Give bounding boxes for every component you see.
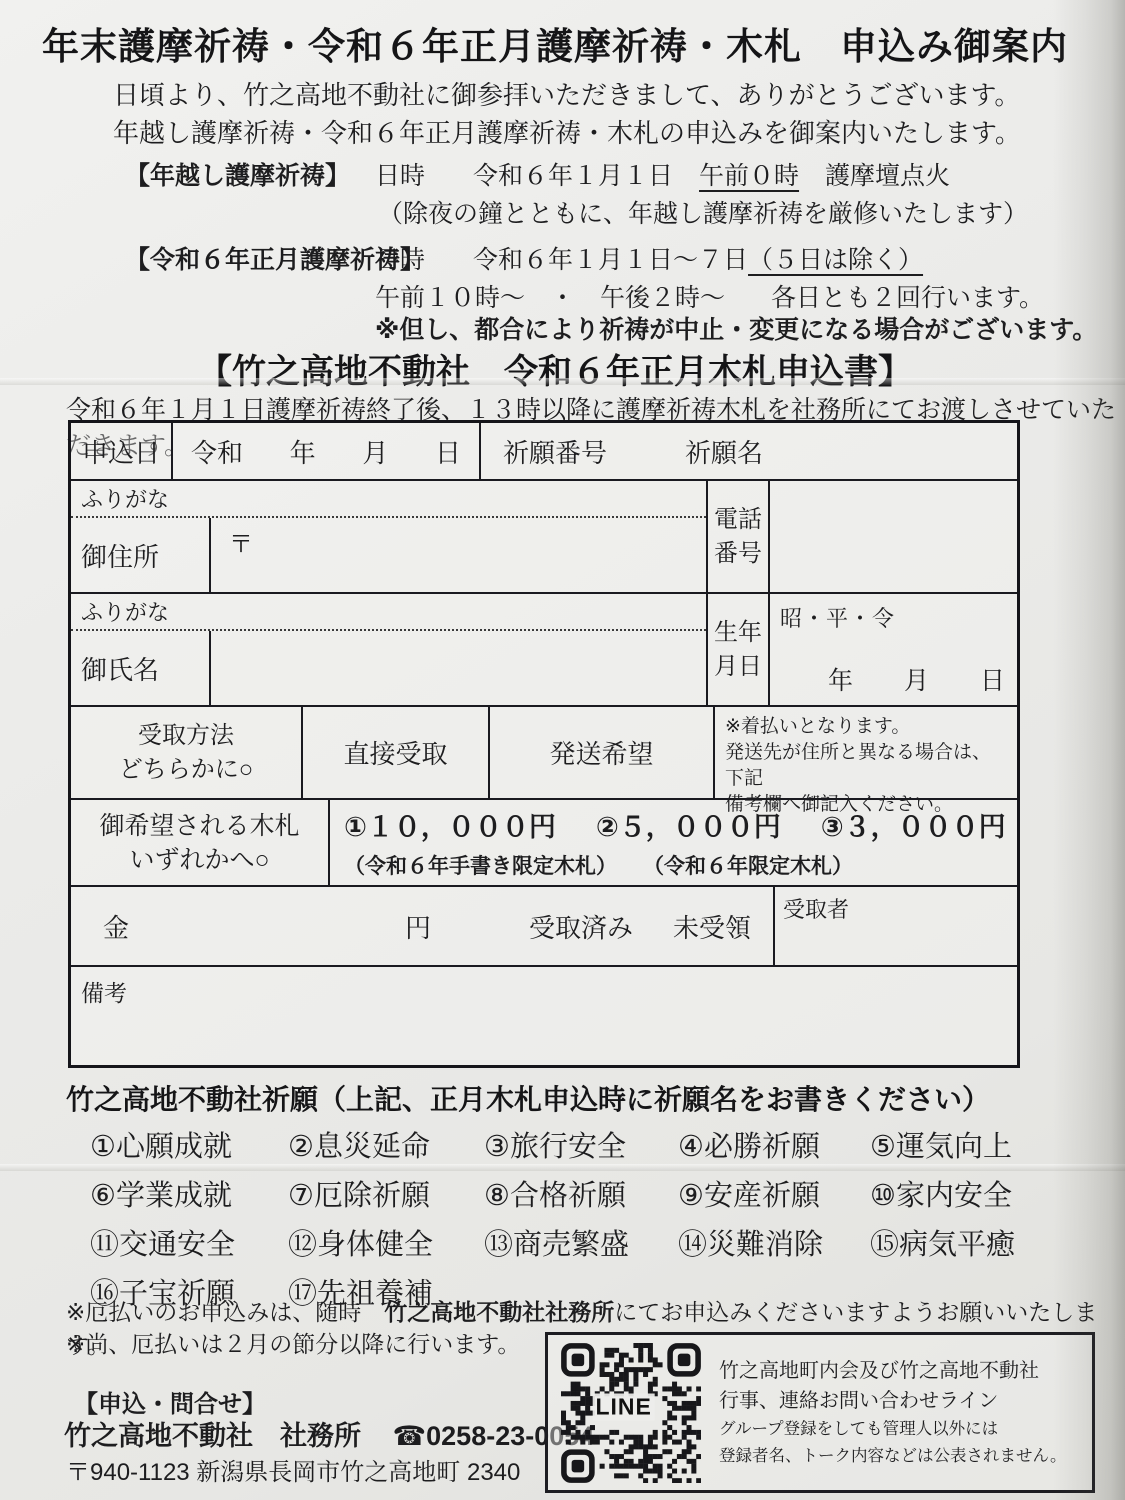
toshikoshi-datetime: 日時令和６年１月１日午前０時護摩壇点火 xyxy=(375,156,950,192)
postal-mark: 〒 xyxy=(211,518,706,592)
table-row-receive-method: 受取方法 どちらかに○ 直接受取 発送希望 ※着払いとなります。 発送先が住所と… xyxy=(71,705,1017,798)
line-box-text: 竹之高地町内会及び竹之高地不動社 行事、連絡お問い合わせライン グループ登録をし… xyxy=(719,1356,1067,1470)
line-text-2: 行事、連絡お問い合わせライン xyxy=(719,1386,1067,1416)
prayer-item: ⑭災難消除 xyxy=(678,1222,870,1271)
table-row-remarks: 備考 xyxy=(71,965,1017,1065)
prayer-item: ⑥学業成就 xyxy=(90,1173,288,1222)
receive-method-line1: 受取方法 xyxy=(138,719,234,753)
option-shipping: 発送希望 xyxy=(490,707,715,798)
table-row-tablet-choice: 御希望される木札 いずれかへ○ ①１０，０００円 ②５，０００円 ③３，０００円… xyxy=(71,798,1017,885)
apply-date-fields: 令和 年 月 日 xyxy=(173,423,481,479)
intro-paragraph: 日頃より、竹之高地不動社に御参拝いただきまして、ありがとうございます。 年越し護… xyxy=(113,76,1021,152)
prayer-item: ⑩家内安全 xyxy=(870,1173,1070,1222)
birthdate-label-line2: 月日 xyxy=(714,650,762,684)
payment-fields: 金 円 受取済み 未受領 xyxy=(71,887,775,965)
prayer-item: ⑫身体健全 xyxy=(288,1222,484,1271)
note1-prefix: ※厄払いのお申込みは、随時 xyxy=(66,1299,384,1325)
option-direct-pickup: 直接受取 xyxy=(303,707,490,798)
prayer-item: ⑤運気向上 xyxy=(870,1124,1070,1173)
prayer-item: ⑦厄除祈願 xyxy=(288,1173,484,1222)
line-qr-code: LINE xyxy=(561,1343,701,1483)
shipping-note: ※着払いとなります。 発送先が住所と異なる場合は、下記 備考欄へ御記入ください。 xyxy=(715,707,1017,798)
shogatsu-datetime: 日時令和６年１月１日～７日（５日は除く） xyxy=(375,240,923,276)
prayer-item: ①心願成就 xyxy=(90,1124,288,1173)
contact-name-phone: 竹之高地不動社 社務所 ☎0258-23-0054 xyxy=(64,1414,594,1453)
shogatsu-times-value: 午前１０時～ ・ 午後２時～ xyxy=(375,284,725,312)
name-block: ふりがな 御氏名 xyxy=(71,594,708,705)
receive-method-line2: どちらかに○ xyxy=(119,753,254,787)
prayer-fields: 祈願番号 祈願名 xyxy=(481,423,1017,479)
intro-line-1: 日頃より、竹之高地不動社に御参拝いただきまして、ありがとうございます。 xyxy=(113,76,1021,114)
document-title: 年末護摩祈祷・令和６年正月護摩祈祷・木札 申込み御案内 xyxy=(0,16,1110,70)
name-label: 御氏名 xyxy=(71,631,211,705)
tablet-choice-label: 御希望される木札 いずれかへ○ xyxy=(71,800,330,885)
day-label: 日 xyxy=(435,433,461,470)
price-option-3: ③３，０００円 xyxy=(821,805,1006,844)
phone-input-area xyxy=(770,481,1017,592)
address-block: ふりがな 御住所 〒 xyxy=(71,481,708,592)
prayer-number-label: 祈願番号 xyxy=(503,433,607,470)
table-row-name: ふりがな 御氏名 生年 月日 昭・平・令 年 月 日 xyxy=(71,592,1017,705)
yakubarai-note-2: ※尚、厄払いは２月の節分以降に行います。 xyxy=(66,1326,520,1359)
prayers-list: ①心願成就 ②息災延命 ③旅行安全 ④必勝祈願 ⑤運気向上 ⑥学業成就 ⑦厄除祈… xyxy=(90,1124,1070,1320)
line-text-3: グループ登録をしても管理人以外には xyxy=(719,1416,1067,1443)
prayer-item: ⑪交通安全 xyxy=(90,1222,288,1271)
shogatsu-caution: ※但し、都合により祈祷が中止・変更になる場合がございます。 xyxy=(375,310,1097,346)
shogatsu-date: 令和６年１月１日～７日 xyxy=(473,246,748,274)
address-furigana-label: ふりがな xyxy=(71,481,706,518)
tablet-price-options: ①１０，０００円 ②５，０００円 ③３，０００円 （令和６年手書き限定木札） （… xyxy=(330,800,1017,885)
qr-line-label: LINE xyxy=(592,1393,654,1420)
birth-era-options: 昭・平・令 xyxy=(780,602,895,633)
line-text-4: 登録者名、トーク内容などは公表されません。 xyxy=(719,1443,1067,1470)
phone-label: 電話 番号 xyxy=(708,481,770,592)
form-title: 【竹之高地不動社 令和６年正月木札申込書】 xyxy=(0,344,1110,393)
price-option-2-note: （令和６年限定木札） xyxy=(643,850,853,880)
price-option-1: ①１０，０００円 xyxy=(344,805,556,844)
receiver-label: 受取者 xyxy=(775,887,1017,965)
shipping-note-line1: ※着払いとなります。 xyxy=(725,714,1009,740)
month-label: 月 xyxy=(362,433,388,470)
toshikoshi-heading: 【年越し護摩祈祷】 xyxy=(125,156,350,192)
shipping-note-line2: 発送先が住所と異なる場合は、下記 xyxy=(725,740,1009,792)
toshikoshi-note: （除夜の鐘とともに、年越し護摩祈祷を厳修いたします） xyxy=(378,194,1028,230)
year-label: 年 xyxy=(290,433,316,470)
datetime-label: 日時 xyxy=(375,162,425,190)
table-row-address: ふりがな 御住所 〒 電話 番号 xyxy=(71,479,1017,592)
intro-line-2: 年越し護摩祈祷・令和６年正月護摩祈祷・木札の申込みを御案内いたします。 xyxy=(113,114,1021,152)
not-received-label: 未受領 xyxy=(673,908,751,945)
prayer-item: ⑮病気平癒 xyxy=(870,1222,1070,1271)
birth-year-label: 年 xyxy=(828,661,853,697)
contact-address: 〒940-1123 新潟県長岡市竹之高地町 2340 xyxy=(66,1452,520,1487)
contact-office-name: 竹之高地不動社 社務所 xyxy=(64,1421,361,1451)
shogatsu-times: 午前１０時～ ・ 午後２時～各日とも２回行います。 xyxy=(375,278,1044,314)
table-row-payment: 金 円 受取済み 未受領 受取者 xyxy=(71,885,1017,965)
era-label: 令和 xyxy=(191,433,243,470)
tablet-choice-line1: 御希望される木札 xyxy=(99,809,299,843)
shogatsu-date-exception: （５日は除く） xyxy=(748,246,923,274)
prayers-heading: 竹之高地不動社祈願（上記、正月木札申込時に祈願名をお書きください） xyxy=(66,1078,990,1118)
birth-month-label: 月 xyxy=(904,661,929,697)
toshikoshi-date: 令和６年１月１日 xyxy=(473,162,673,190)
scanned-application-form: 年末護摩祈祷・令和６年正月護摩祈祷・木札 申込み御案内 日頃より、竹之高地不動社… xyxy=(0,0,1125,1500)
name-furigana-label: ふりがな xyxy=(71,594,706,631)
name-input-area xyxy=(211,631,706,705)
price-option-1-note: （令和６年手書き限定木札） xyxy=(344,850,617,880)
prayer-item: ⑨安産祈願 xyxy=(678,1173,870,1222)
line-text-1: 竹之高地町内会及び竹之高地不動社 xyxy=(719,1356,1067,1386)
phone-label-line1: 電話 xyxy=(714,503,762,537)
birthdate-label: 生年 月日 xyxy=(708,594,770,705)
amount-prefix-label: 金 xyxy=(103,908,129,945)
birthdate-fields: 昭・平・令 年 月 日 xyxy=(770,594,1017,705)
note1-office-name: 竹之高地不動社社務所 xyxy=(384,1299,614,1325)
datetime-label: 日時 xyxy=(375,246,425,274)
birth-day-label: 日 xyxy=(980,661,1005,697)
shogatsu-times-note: 各日とも２回行います。 xyxy=(771,284,1044,312)
toshikoshi-time-suffix: 護摩壇点火 xyxy=(825,162,950,190)
prayer-item: ⑧合格祈願 xyxy=(484,1173,678,1222)
tablet-choice-line2: いずれかへ○ xyxy=(129,843,269,877)
table-row-apply-date: 申込日 令和 年 月 日 祈願番号 祈願名 xyxy=(71,423,1017,479)
address-label: 御住所 xyxy=(71,518,211,592)
prayer-item: ⑬商売繁盛 xyxy=(484,1222,678,1271)
amount-suffix-label: 円 xyxy=(405,908,431,945)
received-label: 受取済み xyxy=(529,908,633,945)
prayer-item: ③旅行安全 xyxy=(484,1124,678,1173)
line-qr-box: LINE 竹之高地町内会及び竹之高地不動社 行事、連絡お問い合わせライン グルー… xyxy=(545,1332,1095,1493)
remarks-label: 備考 xyxy=(71,967,1017,1065)
prayer-item: ④必勝祈願 xyxy=(678,1124,870,1173)
application-table: 申込日 令和 年 月 日 祈願番号 祈願名 ふりがな 御住所 〒 xyxy=(68,420,1020,1068)
prayer-name-label: 祈願名 xyxy=(685,433,763,470)
birthdate-label-line1: 生年 xyxy=(714,616,762,650)
apply-date-label: 申込日 xyxy=(71,423,173,479)
prayer-item: ②息災延命 xyxy=(288,1124,484,1173)
toshikoshi-time: 午前０時 xyxy=(699,162,799,190)
phone-label-line2: 番号 xyxy=(714,537,762,571)
price-option-2: ②５，０００円 xyxy=(596,805,781,844)
receive-method-label: 受取方法 どちらかに○ xyxy=(71,707,303,798)
